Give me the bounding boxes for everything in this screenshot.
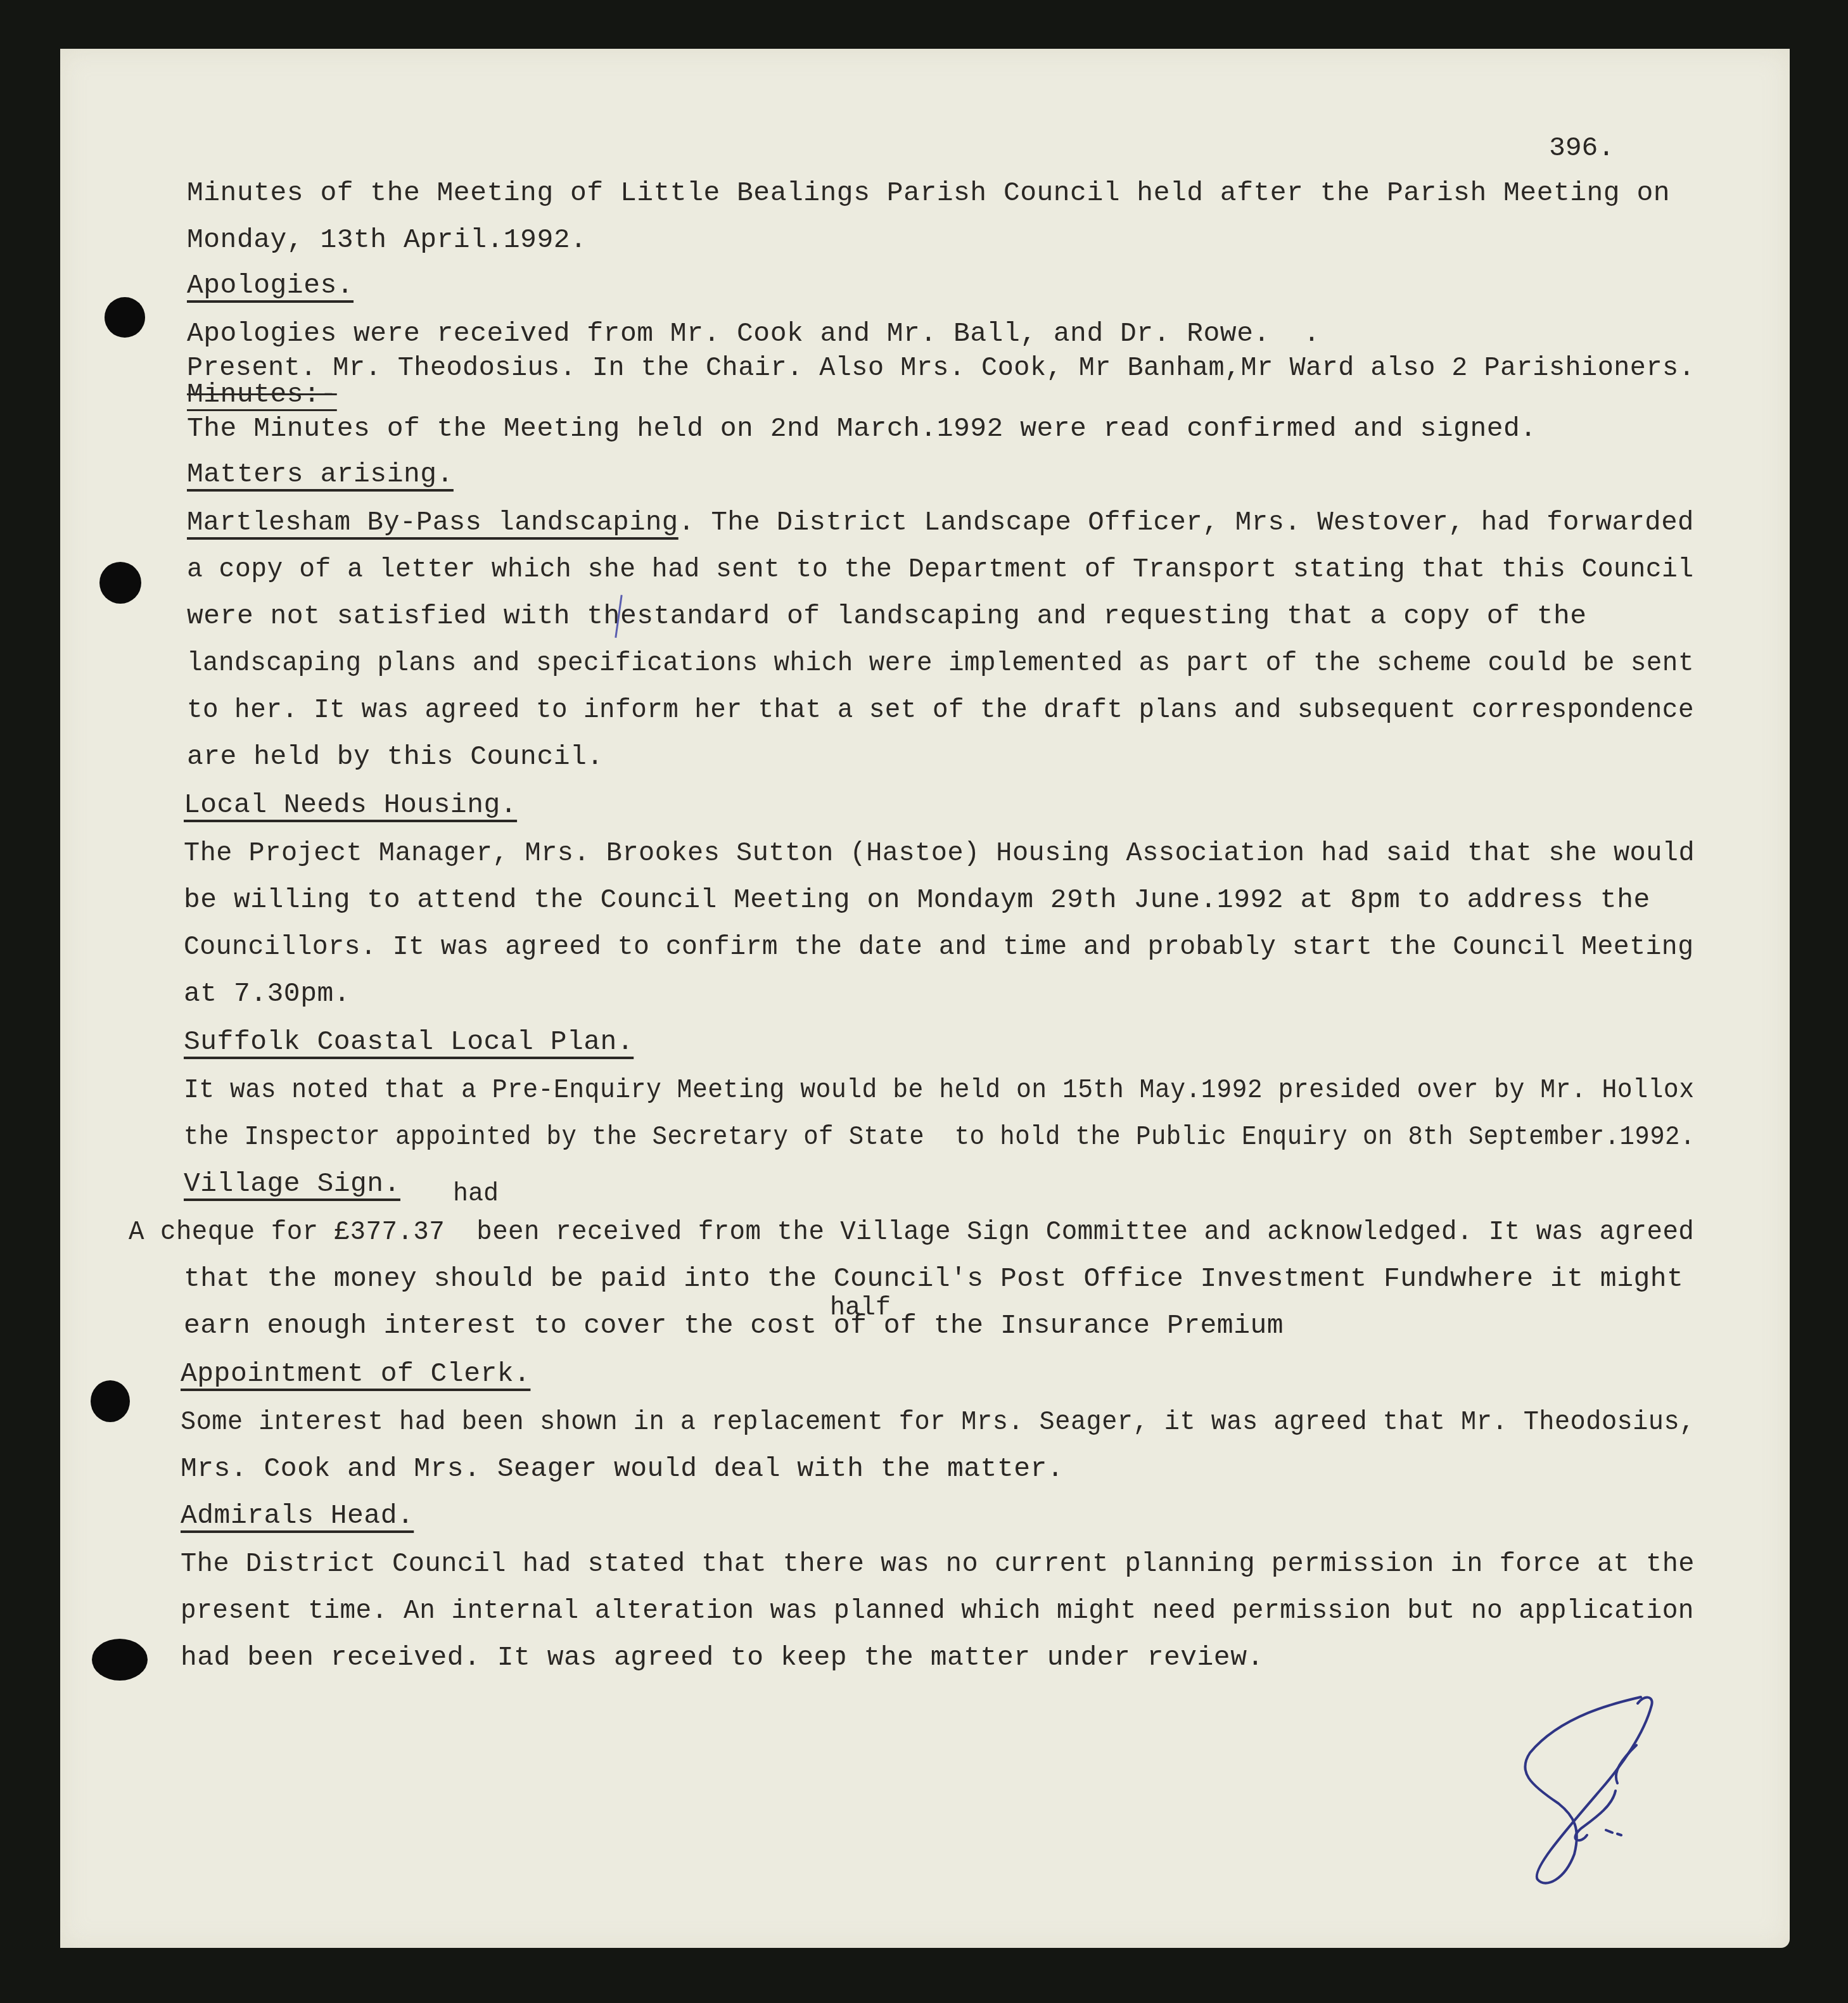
heading-minutes: Minutes:-	[187, 381, 337, 408]
heading-suffolk-coastal: Suffolk Coastal Local Plan.	[184, 1028, 634, 1055]
admirals-line-2: present time. An internal alteration was…	[181, 1597, 1694, 1624]
suffolk-line-1: It was noted that a Pre-Enquiry Meeting …	[184, 1076, 1694, 1103]
admirals-line-1: The District Council had stated that the…	[181, 1550, 1695, 1577]
punch-hole	[99, 562, 141, 604]
housing-line-3: Councillors. It was agreed to confirm th…	[184, 933, 1694, 960]
heading-appointment-of-clerk: Appointment of Clerk.	[181, 1360, 530, 1387]
title-line-1: Minutes of the Meeting of Little Bealing…	[187, 179, 1670, 207]
page-number: 396.	[1549, 132, 1614, 163]
martlesham-line-2: a copy of a letter which she had sent to…	[187, 556, 1694, 583]
punch-hole	[92, 1639, 148, 1681]
admirals-line-3: had been received. It was agreed to keep…	[181, 1644, 1264, 1671]
heading-admirals-head: Admirals Head.	[181, 1502, 414, 1529]
minutes-line: The Minutes of the Meeting held on 2nd M…	[187, 415, 1537, 442]
punch-hole	[91, 1380, 130, 1422]
apologies-line: Apologies were received from Mr. Cook an…	[187, 320, 1320, 347]
heading-local-needs-housing: Local Needs Housing.	[184, 791, 517, 818]
clerk-line-1: Some interest had been shown in a replac…	[181, 1408, 1695, 1435]
heading-apologies: Apologies.	[187, 272, 354, 299]
heading-village-sign: Village Sign.	[184, 1170, 400, 1197]
housing-line-4: at 7.30pm.	[184, 980, 350, 1007]
village-sign-line-1: A cheque for £377.37 been received from …	[129, 1218, 1694, 1245]
punch-hole	[105, 297, 145, 338]
clerk-line-2: Mrs. Cook and Mrs. Seager would deal wit…	[181, 1455, 1064, 1482]
suffolk-line-2: the Inspector appointed by the Secretary…	[184, 1123, 1695, 1150]
title-line-2: Monday, 13th April.1992.	[187, 226, 587, 253]
document-page: 396. Minutes of the Meeting of Little Be…	[60, 49, 1790, 1948]
village-sign-line-3: earn enough interest to cover the cost o…	[184, 1312, 1284, 1339]
heading-martlesham: Martlesham By-Pass landscaping	[187, 507, 679, 538]
martlesham-line-1-rest: . The District Landscape Officer, Mrs. W…	[679, 507, 1694, 538]
martlesham-line-5: to her. It was agreed to inform her that…	[187, 696, 1694, 723]
martlesham-line-3: were not satisfied with thestandard of l…	[187, 602, 1587, 630]
martlesham-line-6: are held by this Council.	[187, 743, 604, 770]
martlesham-line-4: landscaping plans and specifications whi…	[187, 649, 1694, 677]
housing-line-1: The Project Manager, Mrs. Brookes Sutton…	[184, 839, 1695, 867]
typed-insertion-had: had	[453, 1180, 499, 1209]
village-sign-line-2: that the money should be paid into the C…	[184, 1265, 1683, 1292]
heading-matters-arising: Matters arising.	[187, 461, 454, 488]
signature	[1486, 1689, 1688, 1892]
martlesham-line-1: Martlesham By-Pass landscaping. The Dist…	[187, 509, 1694, 536]
present-line: Present. Mr. Theodosius. In the Chair. A…	[187, 354, 1695, 381]
housing-line-2: be willing to attend the Council Meeting…	[184, 886, 1650, 913]
